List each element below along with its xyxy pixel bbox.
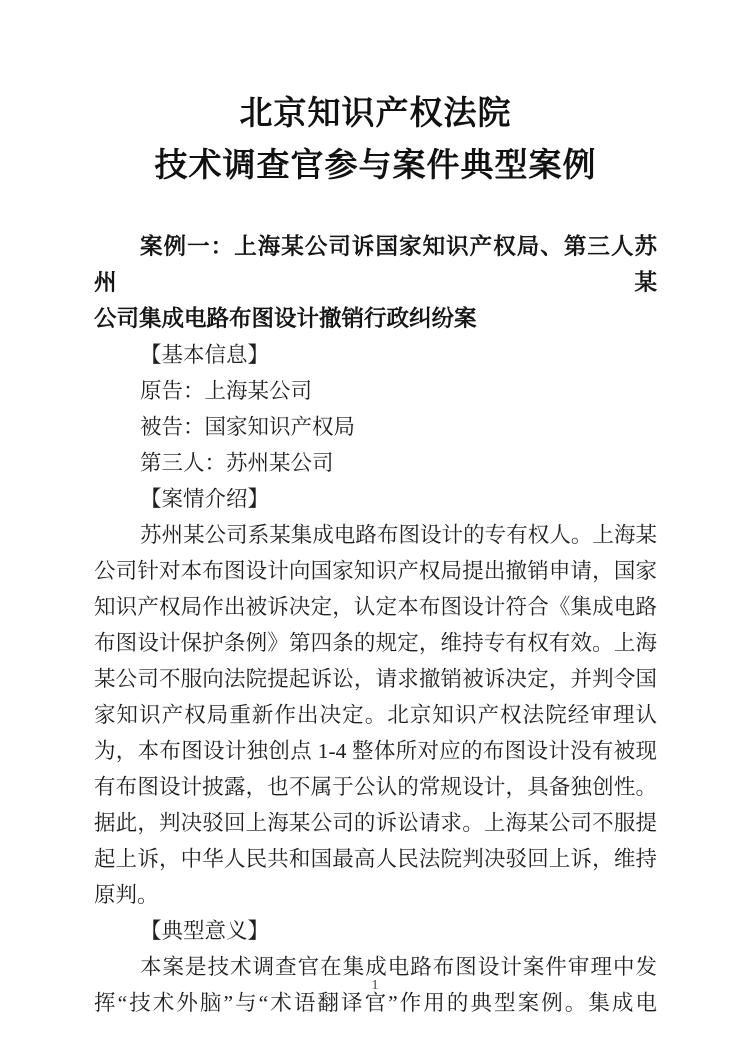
basic-info-defendant: 被告：国家知识产权局: [94, 409, 657, 445]
case-heading-line: 案例一：上海某公司诉国家知识产权局、第三人苏州某: [94, 229, 657, 301]
document-title-line-2: 技术调查官参与案件典型案例: [94, 140, 657, 192]
page-number: 1: [0, 978, 750, 994]
body-line: 据此，判决驳回上海某公司的诉讼请求。上海某公司不服提: [94, 805, 657, 841]
case-heading-line: 公司集成电路布图设计撤销行政纠纷案: [94, 301, 657, 337]
body-line: 知识产权局作出被诉决定，认定本布图设计符合《集成电路: [94, 589, 657, 625]
body-line: 某公司不服向法院提起诉讼，请求撤销被诉决定，并判令国: [94, 661, 657, 697]
basic-info-plaintiff: 原告：上海某公司: [94, 373, 657, 409]
body-line: 为，本布图设计独创点 1-4 整体所对应的布图设计没有被现: [94, 733, 657, 769]
body-line: 布图设计保护条例》第四条的规定，维持专有权有效。上海: [94, 625, 657, 661]
document-body: 案例一：上海某公司诉国家知识产权局、第三人苏州某 公司集成电路布图设计撤销行政纠…: [94, 229, 657, 1021]
body-line: 公司针对本布图设计向国家知识产权局提出撤销申请，国家: [94, 553, 657, 589]
section-heading-basic-info: 【基本信息】: [94, 337, 657, 373]
body-line: 原判。: [94, 877, 657, 913]
document-title: 北京知识产权法院 技术调查官参与案件典型案例: [94, 88, 657, 192]
basic-info-third-party: 第三人：苏州某公司: [94, 445, 657, 481]
body-line: 苏州某公司系某集成电路布图设计的专有权人。上海某: [94, 517, 657, 553]
document-content: 北京知识产权法院 技术调查官参与案件典型案例 案例一：上海某公司诉国家知识产权局…: [0, 0, 750, 1021]
section-heading-significance: 【典型意义】: [94, 913, 657, 949]
body-line: 起上诉，中华人民共和国最高人民法院判决驳回上诉，维持: [94, 841, 657, 877]
document-title-line-1: 北京知识产权法院: [94, 88, 657, 140]
body-line: 有布图设计披露，也不属于公认的常规设计，具备独创性。: [94, 769, 657, 805]
section-heading-case-intro: 【案情介绍】: [94, 481, 657, 517]
body-line: 家知识产权局重新作出决定。北京知识产权法院经审理认: [94, 697, 657, 733]
document-page: 北京知识产权法院 技术调查官参与案件典型案例 案例一：上海某公司诉国家知识产权局…: [0, 0, 750, 1061]
